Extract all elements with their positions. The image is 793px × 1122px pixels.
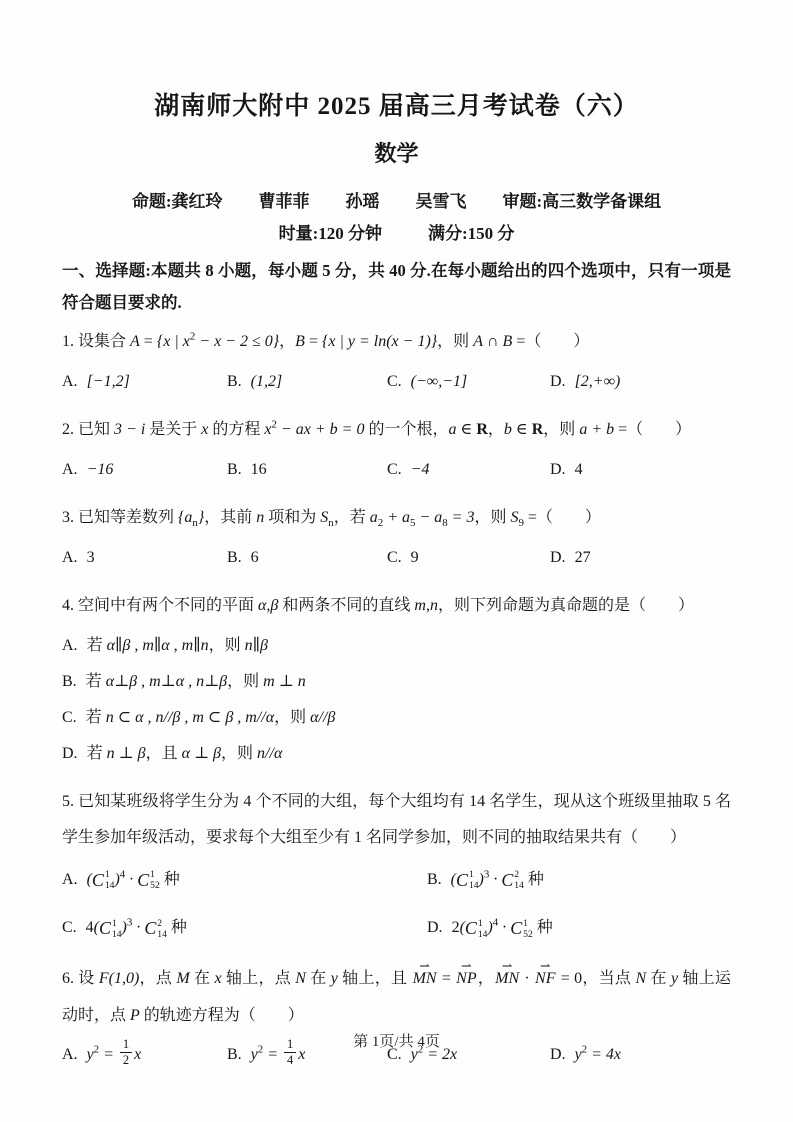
proposer-3: 孙瑶 [346,187,380,212]
question-2: 2. 已知 3 − i 是关于 x 的方程 x2 − ax + b = 0 的一… [62,412,731,488]
question-1-option-b: B.(1,2] [227,364,387,400]
option-content: 若 n ⊂ α , n//β , m ⊂ β , m//α，则 α//β [86,709,336,726]
option-label: D. [550,373,566,390]
option-label: D. [62,745,78,762]
full-score: 满分:150 分 [428,219,514,244]
option-content: 27 [575,549,591,566]
option-content: −4 [411,461,430,478]
option-content: 3 [87,549,95,566]
proposer-1: 命题:龚红玲 [132,187,223,212]
question-3: 3. 已知等差数列 {an}，其前 n 项和为 Sn，若 a2 + a5 − a… [62,500,731,576]
staff-line: 命题:龚红玲 曹菲菲 孙瑶 吴雪飞 审题:高三数学备课组 [62,187,731,212]
question-1-options: A.[−1,2] B.(1,2] C.(−∞,−1] D.[2,+∞) [62,364,731,400]
question-4-option-b: B.若 α⊥β , m⊥α , n⊥β，则 m ⊥ n [62,664,731,700]
question-4-options: A.若 α∥β , m∥α , m∥n，则 n∥β B.若 α⊥β , m⊥α … [62,628,731,772]
option-content: 若 α∥β , m∥α , m∥n，则 n∥β [87,637,268,654]
option-label: D. [427,919,443,936]
option-content: 2(C114)4 · C152 种 [452,919,553,936]
question-6-stem: 6. 设 F(1,0)，点 M 在 x 轴上，点 N 在 y 轴上，且 MN =… [62,961,731,1035]
subject-title: 数学 [62,137,731,168]
question-1: 1. 设集合 A = {x | x2 − x − 2 ≤ 0}，B = {x |… [62,324,731,400]
option-content: (−∞,−1] [411,373,468,390]
option-label: C. [387,373,402,390]
option-label: C. [387,549,402,566]
option-label: A. [62,871,78,888]
question-2-option-b: B.16 [227,452,387,488]
section-heading: 一、选择题:本题共 8 小题，每小题 5 分，共 40 分.在每小题给出的四个选… [62,255,731,319]
question-5-stem: 5. 已知某班级将学生分为 4 个不同的大组，每个大组均有 14 名学生，现从这… [62,784,731,858]
option-content: (C114)3 · C214 种 [451,871,544,888]
option-label: A. [62,549,78,566]
question-1-option-a: A.[−1,2] [62,364,227,400]
question-5-options: A.(C114)4 · C152 种 B.(C114)3 · C214 种 C.… [62,860,731,949]
question-1-option-c: C.(−∞,−1] [387,364,550,400]
proposer-4: 吴雪飞 [416,187,467,212]
question-5: 5. 已知某班级将学生分为 4 个不同的大组，每个大组均有 14 名学生，现从这… [62,784,731,949]
option-label: B. [227,461,242,478]
option-content: 6 [251,549,259,566]
duration: 时量:120 分钟 [279,219,382,244]
question-3-option-d: D.27 [550,540,731,576]
option-content: (C114)4 · C152 种 [87,871,180,888]
option-content: −16 [87,461,114,478]
question-3-option-b: B.6 [227,540,387,576]
option-label: B. [62,673,77,690]
question-4-stem: 4. 空间中有两个不同的平面 α,β 和两条不同的直线 m,n，则下列命题为真命… [62,588,731,625]
question-6: 6. 设 F(1,0)，点 M 在 x 轴上，点 N 在 y 轴上，且 MN =… [62,961,731,1074]
option-label: B. [227,549,242,566]
option-content: 9 [411,549,419,566]
option-content: [2,+∞) [575,373,621,390]
question-5-option-a: A.(C114)4 · C152 种 [62,860,427,900]
question-3-option-a: A.3 [62,540,227,576]
exam-paper-page: 湖南师大附中 2025 届高三月考试卷（六） 数学 命题:龚红玲 曹菲菲 孙瑶 … [0,0,793,1122]
question-1-stem: 1. 设集合 A = {x | x2 − x − 2 ≤ 0}，B = {x |… [62,324,731,361]
option-content: [−1,2] [87,373,130,390]
option-content: 若 n ⊥ β，且 α ⊥ β，则 n//α [87,745,283,762]
question-5-option-b: B.(C114)3 · C214 种 [427,860,731,900]
option-label: B. [427,871,442,888]
time-score-line: 时量:120 分钟 满分:150 分 [62,219,731,244]
question-2-option-c: C.−4 [387,452,550,488]
option-content: 16 [251,461,267,478]
option-label: C. [62,919,77,936]
page-title: 湖南师大附中 2025 届高三月考试卷（六） [62,86,731,122]
page-content: 湖南师大附中 2025 届高三月考试卷（六） 数学 命题:龚红玲 曹菲菲 孙瑶 … [0,0,793,1073]
question-2-option-d: D.4 [550,452,731,488]
option-label: A. [62,461,78,478]
question-4-option-d: D.若 n ⊥ β，且 α ⊥ β，则 n//α [62,736,731,772]
option-label: B. [227,373,242,390]
option-content: (1,2] [251,373,283,390]
question-4: 4. 空间中有两个不同的平面 α,β 和两条不同的直线 m,n，则下列命题为真命… [62,588,731,772]
question-3-option-c: C.9 [387,540,550,576]
reviewer: 审题:高三数学备课组 [503,187,662,212]
option-label: D. [550,549,566,566]
option-content: 4 [575,461,583,478]
option-label: D. [550,461,566,478]
option-label: A. [62,373,78,390]
proposer-2: 曹菲菲 [259,187,310,212]
question-4-option-c: C.若 n ⊂ α , n//β , m ⊂ β , m//α，则 α//β [62,700,731,736]
question-2-option-a: A.−16 [62,452,227,488]
question-1-option-d: D.[2,+∞) [550,364,731,400]
question-5-option-c: C.4(C114)3 · C214 种 [62,908,427,948]
page-footer: 第 1页/共 4页 [0,1030,793,1051]
question-3-stem: 3. 已知等差数列 {an}，其前 n 项和为 Sn，若 a2 + a5 − a… [62,500,731,537]
option-content: 若 α⊥β , m⊥α , n⊥β，则 m ⊥ n [86,673,306,690]
option-label: A. [62,637,78,654]
question-5-option-d: D.2(C114)4 · C152 种 [427,908,731,948]
option-label: C. [387,461,402,478]
option-label: C. [62,709,77,726]
question-2-options: A.−16 B.16 C.−4 D.4 [62,452,731,488]
question-3-options: A.3 B.6 C.9 D.27 [62,540,731,576]
question-4-option-a: A.若 α∥β , m∥α , m∥n，则 n∥β [62,628,731,664]
question-2-stem: 2. 已知 3 − i 是关于 x 的方程 x2 − ax + b = 0 的一… [62,412,731,449]
option-content: 4(C114)3 · C214 种 [86,919,187,936]
